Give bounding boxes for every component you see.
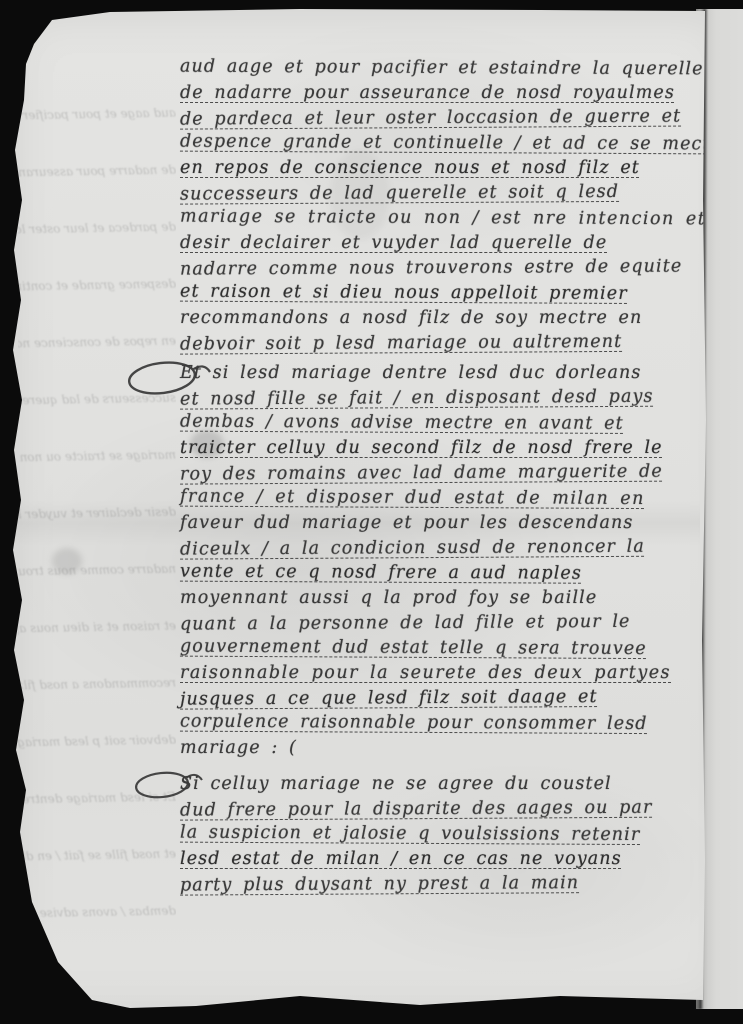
paragraph: aud aage et pour pacifier et estaindre l… [180,56,708,356]
manuscript-line: recommandons a nosd filz de soy mectre e… [180,306,708,331]
manuscript-line: raisonnable pour la seurete des deux par… [180,661,708,686]
bleedthrough-line: despence grande et continuelle / et ad c… [18,256,176,316]
manuscript-line: gouvernement dud estat telle q sera trou… [180,635,708,663]
photo-border-top [0,0,743,9]
manuscript-line: mariage se traicte ou non / est nre inte… [180,205,708,233]
manuscript-line: lesd estat de milan / en ce cas ne voyan… [180,847,708,872]
manuscript-line: nadarre comme nous trouverons estre de e… [180,254,708,282]
bleedthrough-line: de pardeca et leur oster loccasion de gu… [18,199,176,259]
bleedthrough-line: et nosd fille se fait / en disposant des… [18,826,176,886]
manuscript-page: aud aage et pour pacifier et estaindre l… [0,0,743,1024]
bleedthrough-line: de nadarre pour asseurance de nosd royau… [18,142,176,202]
ink-smudge [52,548,82,574]
bleedthrough-line: successeurs de lad querelle et soit q le… [18,370,176,430]
manuscript-line: moyennant aussi q la prod foy se baille [180,586,708,611]
bleedthrough-line: en repos de conscience nous et nosd filz… [18,313,176,373]
paragraph: Et si lesd mariage dentre lesd duc dorle… [180,361,708,761]
manuscript-line: party plus duysant ny prest a la main [180,870,708,898]
bleedthrough-line: aud aage et pour pacifier et estaindre l… [18,86,176,144]
manuscript-line: despence grande et continuelle / et ad c… [180,130,708,158]
manuscript-line: corpulence raisonnable pour consommer le… [180,710,708,738]
manuscript-line: diceulx / a la condicion susd de renonce… [180,534,708,562]
manuscript-line: vente et ce q nosd frere a aud naples [180,560,708,588]
bleedthrough-line: recommandons a nosd filz de soy mectre e… [18,655,176,715]
manuscript-line: debvoir soit p lesd mariage ou aultremen… [180,329,708,357]
manuscript-line: Et si lesd mariage dentre lesd duc dorle… [180,361,708,386]
manuscript-line: faveur dud mariage et pour les descendan… [180,511,708,536]
manuscript-line: mariage : ( [180,736,708,761]
manuscript-line: traicter celluy du second filz de nosd f… [180,436,708,461]
manuscript-line: dud frere pour la disparite des aages ou… [180,795,708,823]
handwritten-text-block: aud aage et pour pacifier et estaindre l… [180,56,708,897]
paragraph: Si celluy mariage ne se agree du coustel… [180,772,708,897]
bleedthrough-line: mariage se traicte ou non / est nre inte… [18,427,176,487]
manuscript-line: jusques a ce que lesd filz soit daage et [180,684,708,712]
manuscript-line: france / et disposer dud estat de milan … [180,485,708,513]
manuscript-line: la suspicion et jalosie q voulsissions r… [180,821,708,849]
manuscript-line: de nadarre pour asseurance de nosd royau… [180,81,708,106]
bleedthrough-line: et raison et si dieu nous appelloit prem… [18,598,176,658]
manuscript-line: successeurs de lad querelle et soit q le… [180,179,708,207]
manuscript-line: quant a la personne de lad fille et pour… [180,609,708,637]
manuscript-line: de pardeca et leur oster loccasion de gu… [180,104,708,132]
manuscript-line: dembas / avons advise mectre en avant et [180,410,708,438]
manuscript-line: et nosd fille se fait / en disposant des… [180,384,708,412]
manuscript-photo: aud aage et pour pacifier et estaindre l… [0,0,743,1024]
manuscript-line: roy des romains avec lad dame marguerite… [180,459,708,487]
manuscript-line: aud aage et pour pacifier et estaindre l… [180,55,708,83]
bleedthrough-line: dembas / avons advise mectre en avant et [18,883,176,943]
bleedthrough-line: debvoir soit p lesd mariage ou aultremen… [18,712,176,772]
bleedthrough-line: nadarre comme nous trouverons estre de e… [18,541,176,601]
manuscript-line: desir declairer et vuyder lad querelle d… [180,231,708,256]
manuscript-line: et raison et si dieu nous appelloit prem… [180,280,708,308]
manuscript-line: Si celluy mariage ne se agree du coustel [180,772,708,797]
bleedthrough-line: Et si lesd mariage dentre lesd duc dorle… [18,769,176,829]
manuscript-line: en repos de conscience nous et nosd filz… [180,156,708,181]
